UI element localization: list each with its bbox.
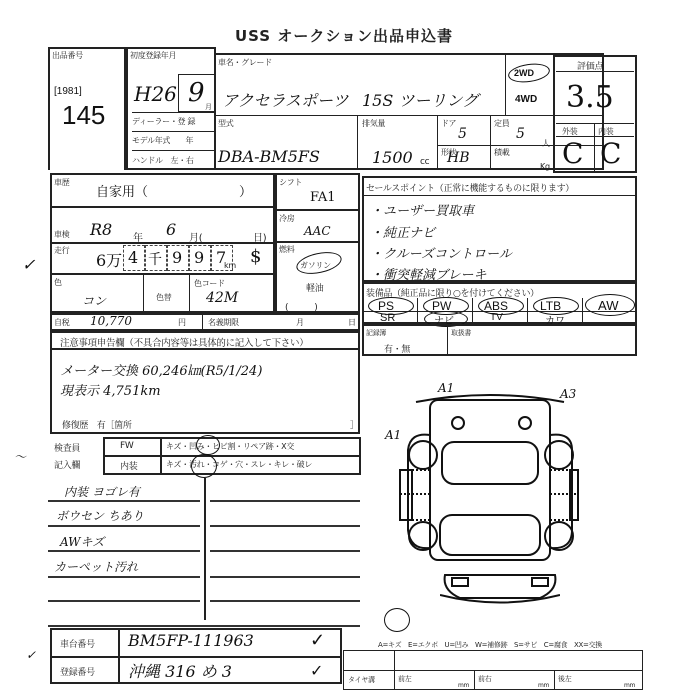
lot-number: 145 — [62, 100, 105, 131]
notes-line-1: メーター交換 60,246㎞(R5/1/24) — [60, 360, 262, 379]
car-rear-diagram — [440, 570, 560, 610]
fw-dent-circle — [196, 435, 220, 455]
record-value: 有・無 — [384, 342, 410, 355]
deadline-day: 日 — [348, 317, 356, 328]
reg-month-unit: 月 — [205, 102, 212, 112]
color-value: コン — [82, 292, 106, 309]
tax-label: 自税 — [54, 317, 69, 328]
tax-value: 10,770 — [90, 314, 132, 328]
usage-value: 自家用（ ） — [96, 181, 252, 200]
deadline-month: 月 — [296, 317, 304, 328]
lot-label: 出品番号 — [52, 50, 83, 61]
inspector-label-1: 検査員 — [54, 441, 80, 454]
doors-label: ドア — [441, 118, 456, 129]
margin-check-2: ✓ — [26, 648, 36, 662]
form-title: USS オークション出品申込書 — [235, 25, 453, 46]
registration-check: ✓ — [310, 661, 323, 681]
color-code-label: 色コード — [194, 278, 225, 289]
damage-mark-a3: A3 — [560, 387, 576, 401]
mileage-man: 6万 — [96, 248, 122, 271]
reg-month: 9 — [188, 78, 205, 108]
drive-4wd: 4WD — [515, 94, 537, 105]
score-exterior: C — [562, 137, 583, 170]
capacity-unit: 人 — [542, 138, 550, 149]
sales-point-2: ・純正ナビ — [370, 222, 435, 241]
shaken-year: R8 — [90, 220, 112, 239]
fw-items: キズ・凹み・ヒビ割・リペア跡・X交 — [166, 441, 294, 452]
fw-label: FW — [120, 441, 133, 451]
vehicle-grade: 15S ツーリング — [362, 88, 478, 111]
odo-digit: 4 — [128, 248, 138, 267]
shaken-label: 車検 — [54, 229, 69, 240]
color-change-label: 色替 — [156, 292, 171, 303]
notes-line-2: 現表示 4,751km — [60, 380, 161, 399]
chassis-number: BM5FP-111963 — [128, 631, 254, 650]
score-interior: C — [600, 137, 621, 170]
mileage-symbol: $ — [250, 246, 261, 267]
repair-close: ］ — [350, 418, 359, 431]
load-label: 積載 — [494, 147, 509, 158]
shift-value: FA1 — [310, 190, 336, 205]
registration-label: 登録番号 — [60, 665, 95, 678]
sales-point-3: ・クルーズコントロール — [370, 243, 512, 262]
sales-points-label: セールスポイント（正常に機能するものに限ります） — [366, 181, 574, 194]
score-overall: 3.5 — [566, 80, 614, 115]
comment-line-3: AWキズ — [60, 533, 104, 550]
odo-digit: 9 — [194, 248, 204, 267]
deadline-label: 名義期限 — [208, 317, 239, 328]
registration-number: 沖縄 316 め 3 — [128, 659, 232, 682]
aircon-value: AAC — [304, 224, 331, 238]
damage-legend: A=キズ E=エクボ U=凹み W=補修跡 S=サビ C=腐食 XX=交換 — [378, 640, 602, 650]
tread-unit-2: mm — [538, 682, 549, 689]
tread-rear-left: 後左 — [558, 674, 571, 684]
load-unit: Kg — [540, 162, 550, 171]
color-label: 色 — [54, 277, 62, 288]
car-diagram — [380, 380, 580, 580]
mileage-unit: km — [224, 261, 236, 270]
equip-aw-circle — [585, 294, 635, 316]
equip-tv: TV — [490, 312, 503, 323]
vehicle-name: アクセラスポーツ — [222, 88, 348, 111]
vehicle-name-label: 車名・グレード — [218, 57, 272, 68]
shift-label: シフト — [279, 177, 302, 188]
margin-squiggle: 〜 — [14, 448, 26, 465]
reg-year: H26 — [134, 82, 177, 106]
sales-point-4: ・衝突軽減ブレーキ — [370, 264, 486, 283]
fuel-paren: ( ) — [285, 300, 318, 313]
chassis-check: ✓ — [310, 630, 325, 651]
repair-label: 修復歴 有［箇所 — [62, 418, 132, 431]
notes-label: 注意事項申告欄（不具合内容等は具体的に記入して下さい） — [60, 335, 308, 349]
fuel-diesel: 軽油 — [306, 281, 323, 294]
dealer-label: ディーラー・登 録 — [132, 116, 195, 127]
mileage-label: 走行 — [54, 245, 69, 256]
tread-front-left: 前左 — [398, 674, 411, 684]
fuel-label: 燃料 — [279, 244, 294, 255]
interior-stain-circle — [191, 454, 217, 478]
damage-mark-a4: A1 — [438, 381, 454, 395]
equip-sr: SR — [380, 312, 395, 324]
tire-label: タイヤ溝 — [348, 675, 375, 685]
color-code: 42M — [206, 290, 238, 306]
tax-unit: 円 — [178, 317, 186, 328]
capacity: 5 — [516, 126, 525, 142]
odo-digit: 千 — [148, 249, 162, 269]
aircon-label: 冷房 — [279, 213, 294, 224]
record-label: 記録簿 — [366, 328, 386, 338]
interior-items: キズ・汚れ・コゲ・穴・スレ・キレ・破レ — [166, 459, 312, 470]
capacity-label: 定員 — [494, 118, 509, 129]
comment-line-4: カーペット汚れ — [54, 558, 138, 575]
model-year-label: モデル年式 年 — [132, 135, 193, 146]
doors: 5 — [458, 126, 467, 142]
interior-row-label: 内装 — [120, 459, 137, 472]
tread-front-right: 前右 — [478, 674, 491, 684]
tread-unit-1: mm — [458, 682, 469, 689]
body-type: HB — [447, 150, 470, 166]
first-registration-label: 初度登録年月 — [130, 50, 176, 61]
inspector-label-2: 記入欄 — [54, 458, 80, 471]
sales-point-1: ・ユーザー買取車 — [370, 200, 474, 219]
chassis-label: 車台番号 — [60, 637, 95, 650]
manual-label: 取扱書 — [451, 328, 471, 338]
type-label: 型式 — [218, 118, 233, 129]
shaken-month: 6 — [166, 220, 176, 239]
odo-digit: 9 — [172, 248, 182, 267]
tread-unit-3: mm — [624, 682, 635, 689]
margin-check-1: ✓ — [22, 255, 35, 274]
displacement-unit: cc — [420, 157, 429, 167]
usage-label: 車歴 — [54, 177, 69, 188]
comment-line-2: ボウセン ちあり — [56, 507, 144, 524]
handle-label: ハンドル 左・右 — [132, 155, 194, 166]
displacement-label: 排気量 — [362, 118, 385, 129]
damage-mark-a1: A1 — [385, 428, 401, 442]
displacement: 1500 — [372, 148, 413, 167]
comment-line-1: 内装 ヨゴレ有 — [64, 483, 140, 500]
vehicle-type: DBA-BM5FS — [218, 147, 320, 166]
inspector-stamp — [384, 608, 410, 632]
lot-sub-number: [1981] — [54, 86, 82, 97]
